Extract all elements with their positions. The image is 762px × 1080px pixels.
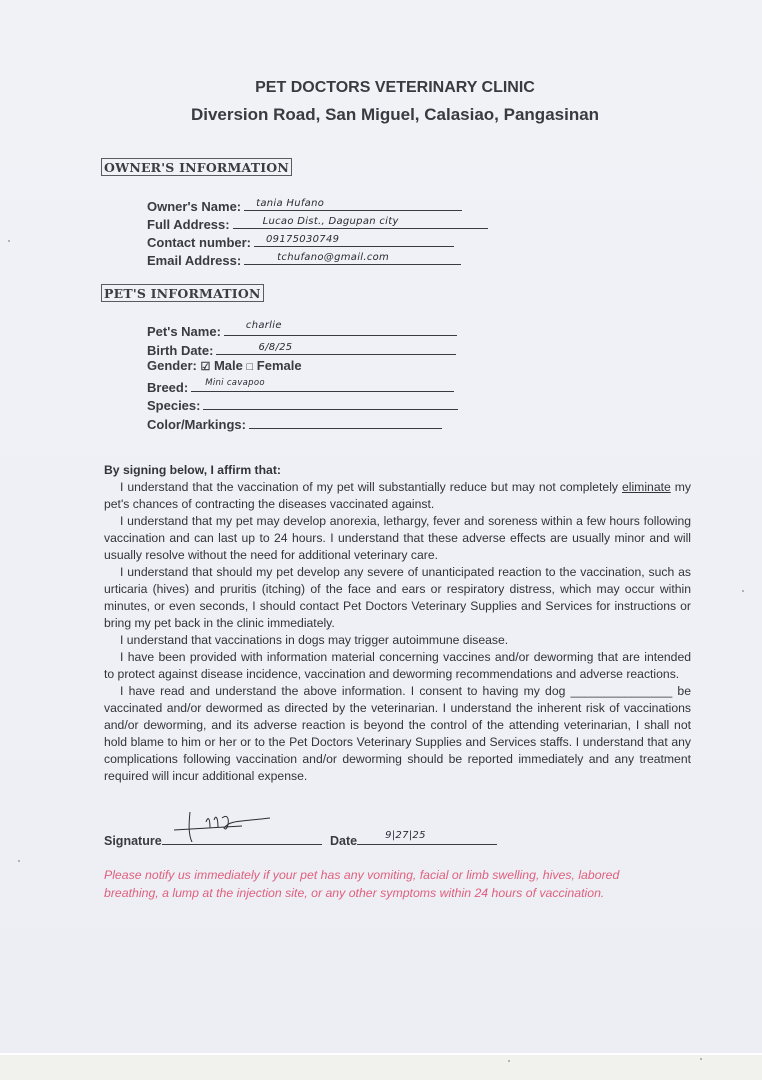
- owner-name-label: Owner's Name:: [147, 199, 241, 214]
- email-address-field[interactable]: Email Address:tchufano@gmail.com: [147, 250, 461, 268]
- email-address-label: Email Address:: [147, 253, 241, 268]
- gender-label: Gender:: [147, 358, 197, 373]
- post-vaccination-notice: Please notify us immediately if your pet…: [104, 866, 664, 902]
- pet-name-field[interactable]: Pet's Name:charlie: [147, 321, 457, 339]
- dog-name-blank[interactable]: _______________: [571, 684, 673, 698]
- consent-heading: By signing below, I affirm that:: [104, 462, 691, 479]
- gender-field: Gender: ☑ Male □ Female: [147, 358, 302, 373]
- male-checkbox[interactable]: ☑: [200, 361, 210, 373]
- consent-paragraph-1: I understand that the vaccination of my …: [104, 479, 691, 513]
- email-address-value[interactable]: tchufano@gmail.com: [277, 252, 389, 263]
- breed-value[interactable]: Mini cavapoo: [205, 378, 265, 388]
- scan-speck: [18, 860, 20, 862]
- consent-p6-text: I have read and understand the above inf…: [120, 684, 571, 698]
- date-value[interactable]: 9|27|25: [385, 830, 426, 841]
- contact-number-field[interactable]: Contact number:09175030749: [147, 232, 454, 250]
- scan-speck: [8, 240, 10, 242]
- consent-paragraph-4: I understand that vaccinations in dogs m…: [104, 632, 691, 649]
- birth-date-field[interactable]: Birth Date:6/8/25: [147, 340, 456, 358]
- eliminate-underlined: eliminate: [622, 480, 671, 494]
- clinic-address: Diversion Road, San Miguel, Calasiao, Pa…: [14, 105, 762, 125]
- female-checkbox[interactable]: □: [247, 361, 254, 373]
- owner-name-value[interactable]: tania Hufano: [256, 198, 324, 209]
- birth-date-label: Birth Date:: [147, 343, 213, 358]
- full-address-label: Full Address:: [147, 217, 230, 232]
- species-field[interactable]: Species:: [147, 395, 458, 413]
- male-label: Male: [214, 358, 243, 373]
- consent-p1-text: I understand that the vaccination of my …: [120, 480, 622, 494]
- pet-section-heading: PET'S INFORMATION: [101, 284, 264, 302]
- date-label: Date: [330, 834, 357, 848]
- signature-field[interactable]: Signature: [104, 830, 322, 848]
- full-address-value[interactable]: Lucao Dist., Dagupan city: [263, 216, 399, 227]
- pet-name-value[interactable]: charlie: [246, 320, 282, 331]
- owner-name-field[interactable]: Owner's Name:tania Hufano: [147, 196, 462, 214]
- species-label: Species:: [147, 398, 200, 413]
- pet-name-label: Pet's Name:: [147, 324, 221, 339]
- signature-label: Signature: [104, 834, 162, 848]
- scan-speck: [742, 590, 744, 592]
- consent-paragraph-2: I understand that my pet may develop ano…: [104, 513, 691, 564]
- signature-scribble: [172, 808, 282, 842]
- contact-number-value[interactable]: 09175030749: [266, 234, 339, 245]
- consent-paragraph-3: I understand that should my pet develop …: [104, 564, 691, 632]
- breed-label: Breed:: [147, 380, 188, 395]
- consent-p6-text-end: be vaccinated and/or dewormed as directe…: [104, 684, 691, 783]
- date-field[interactable]: Date9|27|25: [330, 830, 497, 848]
- scan-speck: [700, 1058, 702, 1060]
- owner-section-heading: OWNER'S INFORMATION: [101, 158, 292, 176]
- breed-field[interactable]: Breed:Mini cavapoo: [147, 377, 454, 395]
- full-address-field[interactable]: Full Address:Lucao Dist., Dagupan city: [147, 214, 488, 232]
- consent-paragraph-5: I have been provided with information ma…: [104, 649, 691, 683]
- clinic-name: PET DOCTORS VETERINARY CLINIC: [14, 79, 762, 97]
- consent-paragraph-6: I have read and understand the above inf…: [104, 683, 691, 785]
- color-markings-label: Color/Markings:: [147, 417, 246, 432]
- birth-date-value[interactable]: 6/8/25: [258, 342, 292, 353]
- color-markings-field[interactable]: Color/Markings:: [147, 414, 442, 432]
- female-label: Female: [257, 358, 302, 373]
- scan-speck: [508, 1060, 510, 1062]
- scanner-background: [0, 1055, 762, 1080]
- contact-number-label: Contact number:: [147, 235, 251, 250]
- consent-statement: By signing below, I affirm that: I under…: [104, 462, 691, 785]
